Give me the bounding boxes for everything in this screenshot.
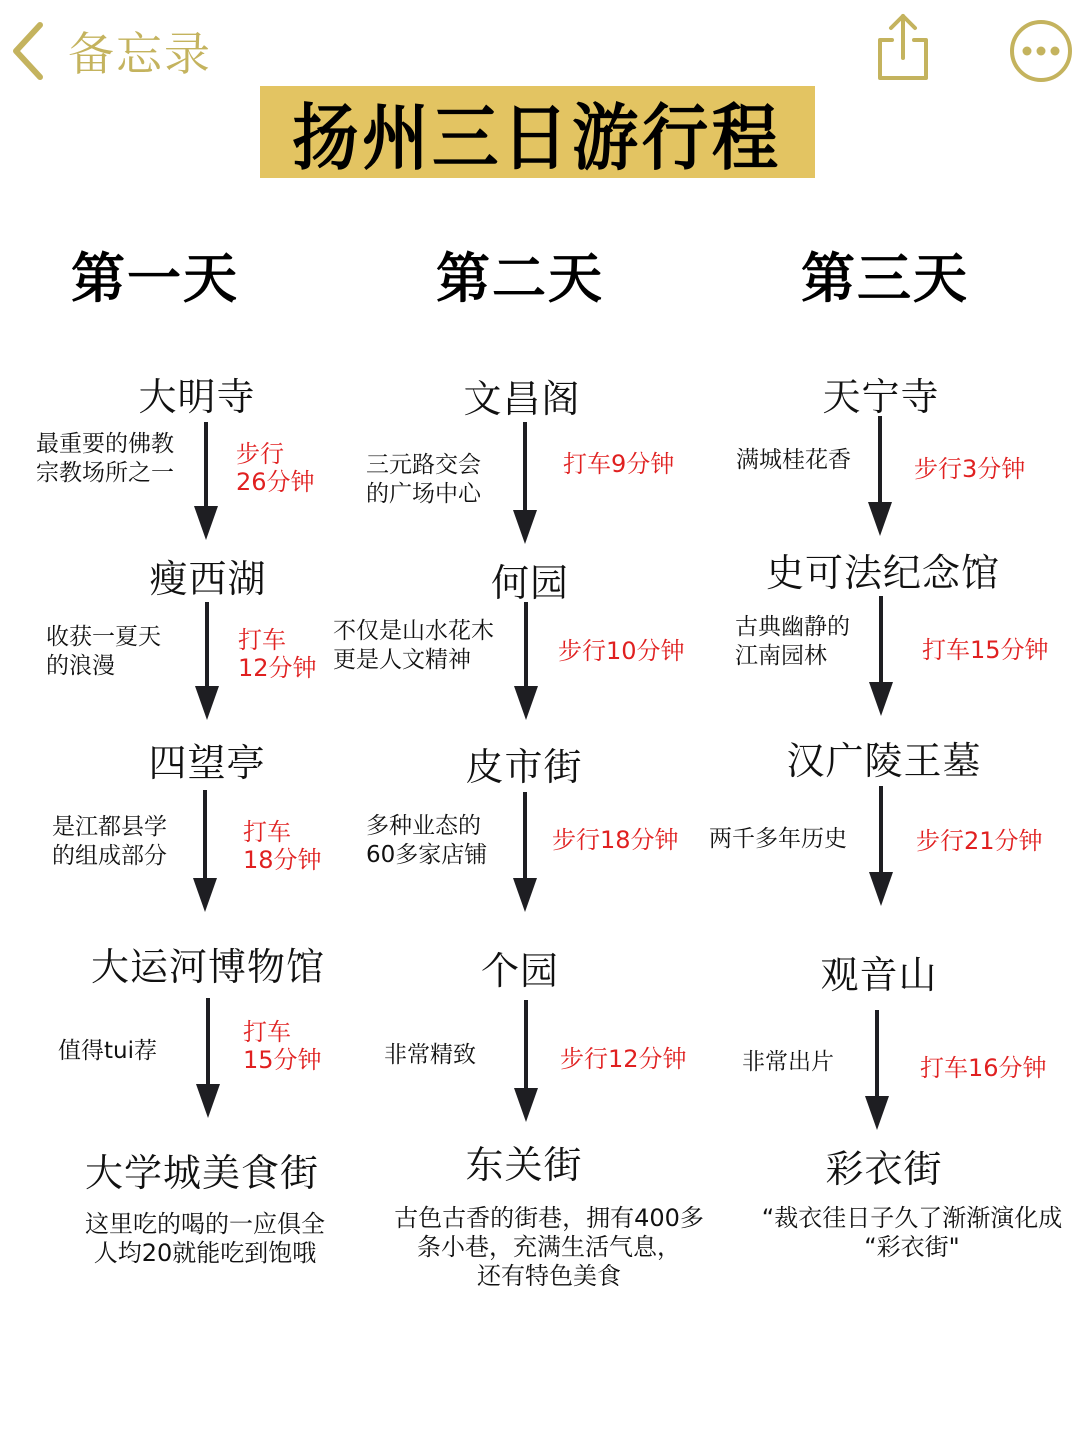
leg-transport: 步行21分钟: [916, 827, 1043, 855]
stop-name: 个园: [481, 940, 559, 995]
stop-name: 彩衣街: [825, 1138, 942, 1193]
stop-name: 瘦西湖: [149, 548, 266, 603]
final-stop-description: 古色古香的街巷，拥有400多条小巷，充满生活气息，还有特色美食: [394, 1204, 704, 1291]
leg-transport: 打车15分钟: [922, 636, 1049, 664]
stop-name: 大运河博物馆: [91, 936, 325, 991]
arrow-down-icon: [190, 790, 220, 912]
leg-description: 满城桂花香: [736, 446, 851, 475]
stop-name: 东关街: [465, 1134, 582, 1189]
arrow-down-icon: [862, 1010, 892, 1130]
stop-name: 大明寺: [138, 366, 255, 421]
day-2-title: 第二天: [400, 236, 640, 313]
chevron-left-icon: [8, 19, 48, 83]
leg-transport: 步行18分钟: [552, 826, 679, 854]
arrow-down-icon: [866, 596, 896, 716]
arrow-down-icon: [511, 1000, 541, 1122]
leg-description: 不仅是山水花木更是人文精神: [333, 617, 494, 675]
leg-description: 最重要的佛教宗教场所之一: [36, 430, 174, 488]
leg-description: 值得tui荐: [58, 1037, 157, 1066]
stop-name: 史可法纪念馆: [766, 542, 1000, 597]
leg-description: 两千多年历史: [709, 825, 847, 854]
arrow-down-icon: [192, 602, 222, 720]
title-highlight: 扬州三日游行程: [260, 86, 815, 178]
arrow-down-icon: [510, 792, 540, 912]
stop-name: 天宁寺: [822, 366, 939, 421]
back-button[interactable]: 备忘录: [8, 18, 212, 84]
leg-transport: 打车18分钟: [243, 818, 322, 874]
share-icon[interactable]: [872, 12, 934, 84]
arrow-down-icon: [511, 602, 541, 720]
leg-transport: 打车9分钟: [563, 450, 674, 478]
stop-name: 大学城美食街: [85, 1142, 319, 1197]
leg-description: 非常出片: [742, 1048, 834, 1077]
arrow-down-icon: [193, 998, 223, 1118]
leg-transport: 打车15分钟: [243, 1018, 322, 1074]
leg-description: 古典幽静的江南园林: [735, 613, 850, 671]
leg-transport: 步行3分钟: [914, 455, 1025, 483]
arrow-down-icon: [866, 786, 896, 906]
leg-description: 多种业态的60多家店铺: [366, 812, 487, 870]
stop-name: 四望亭: [148, 732, 265, 787]
final-stop-description: “裁衣徍日子久了渐渐演化成“彩衣街": [762, 1204, 1062, 1262]
leg-transport: 打车12分钟: [238, 626, 317, 682]
stop-name: 文昌阁: [463, 368, 580, 423]
leg-transport: 步行26分钟: [236, 440, 315, 496]
arrow-down-icon: [191, 422, 221, 540]
back-label: 备忘录: [68, 18, 212, 84]
leg-transport: 打车16分钟: [920, 1054, 1047, 1082]
page-title: 扬州三日游行程: [293, 80, 782, 184]
stop-name: 何园: [491, 552, 569, 607]
leg-description: 是江都县学的组成部分: [52, 813, 167, 871]
stop-name: 皮市街: [465, 736, 582, 791]
final-stop-description: 这里吃的喝的一应俱全人均20就能吃到饱哦: [85, 1210, 325, 1268]
day-1-title: 第一天: [35, 236, 275, 313]
leg-transport: 步行10分钟: [558, 637, 685, 665]
arrow-down-icon: [510, 422, 540, 544]
leg-description: 非常精致: [384, 1041, 476, 1070]
stop-name: 汉广陵王墓: [786, 730, 981, 785]
leg-transport: 步行12分钟: [560, 1045, 687, 1073]
leg-description: 收获一夏天的浪漫: [46, 623, 161, 681]
more-ellipsis-icon[interactable]: [1008, 18, 1074, 84]
leg-description: 三元路交会的广场中心: [366, 451, 481, 509]
arrow-down-icon: [865, 416, 895, 536]
day-3-title: 第三天: [765, 236, 1005, 313]
stop-name: 观音山: [820, 944, 937, 999]
